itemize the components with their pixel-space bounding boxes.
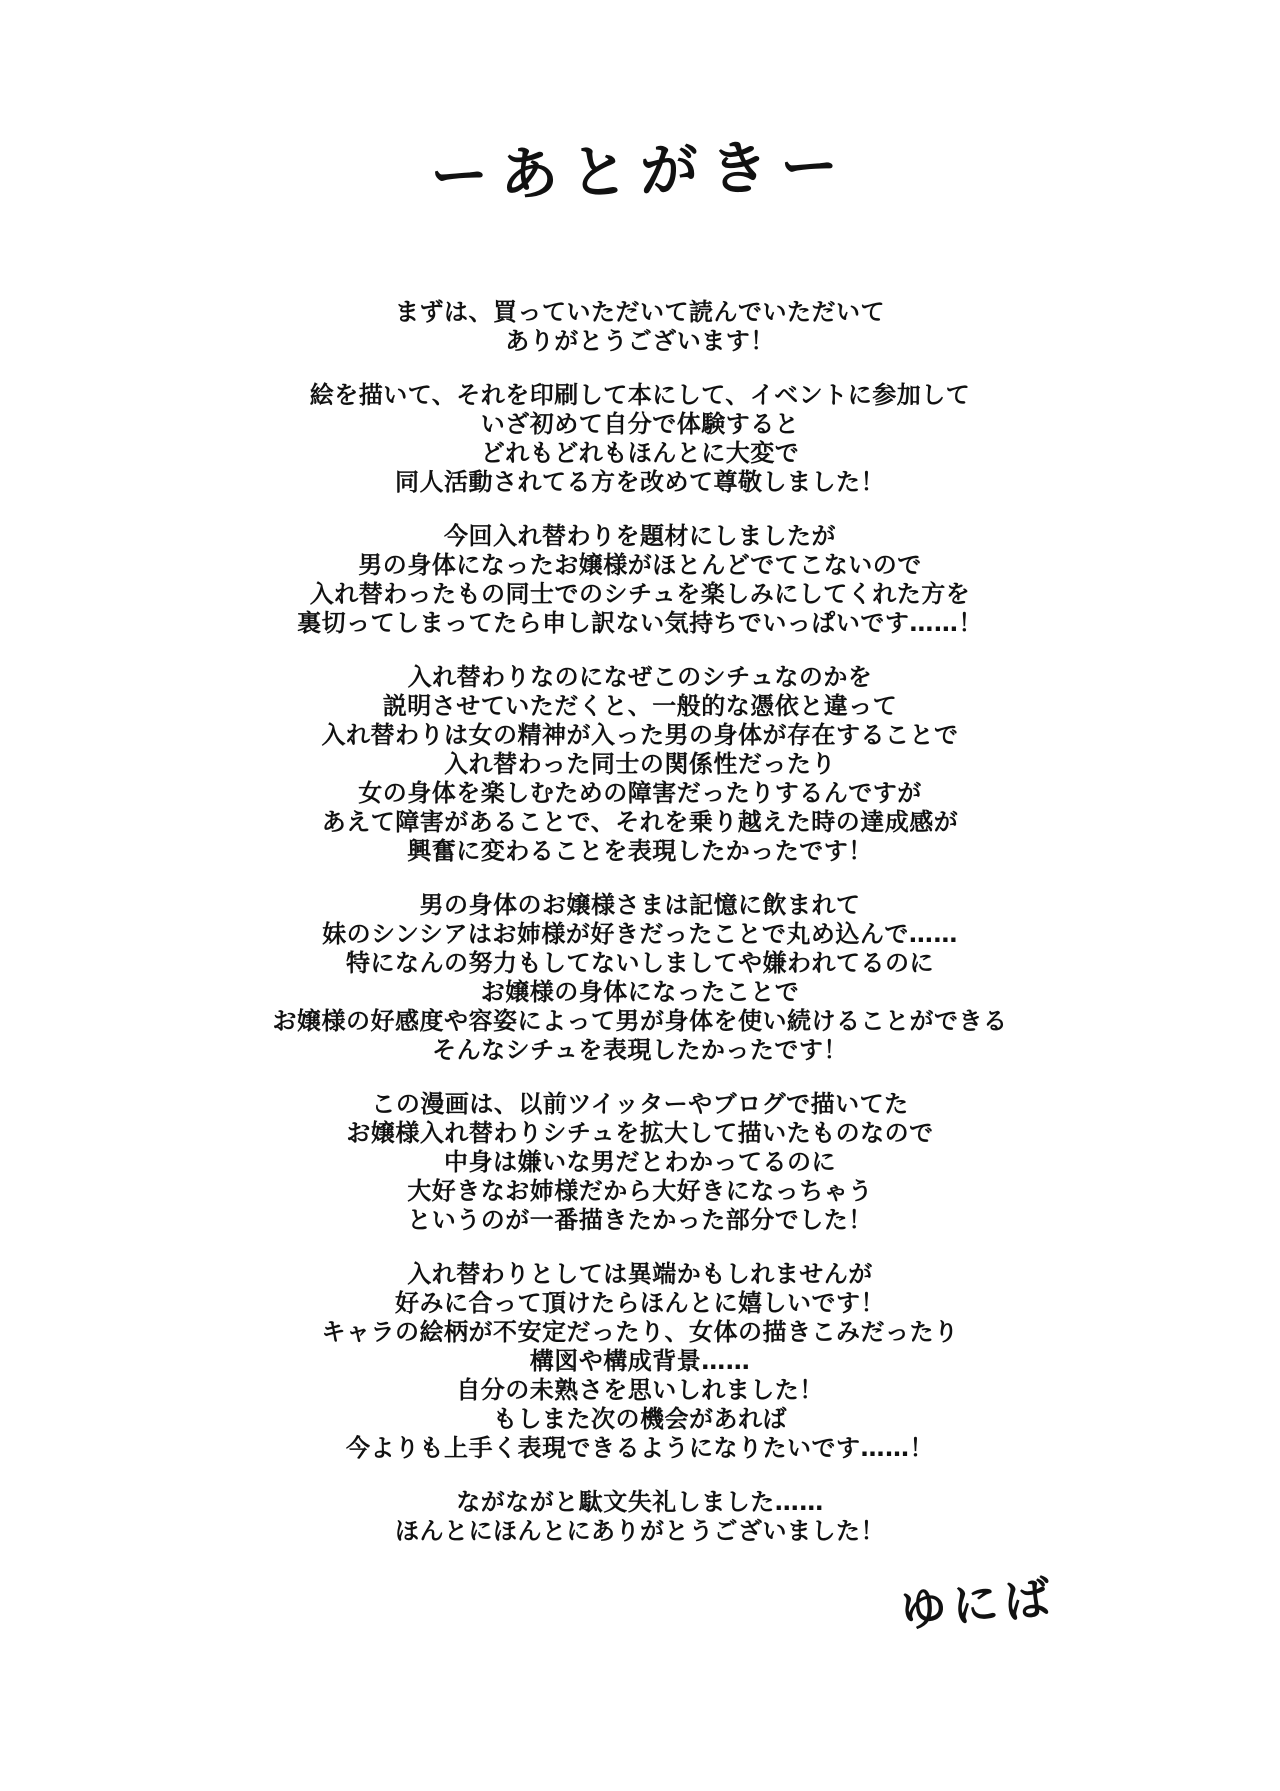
paragraph-self-reflection: 入れ替わりとしては異端かもしれませんが 好みに合って頂けたらほんとに嬉しいです！… [0,1260,1280,1463]
page-title: ーあとがきー [0,107,1280,224]
paragraph-situation-explanation: 入れ替わりなのになぜこのシチュなのかを 説明させていただくと、一般的な憑依と違っ… [0,663,1280,866]
artist-signature: ゆにば [897,1561,1058,1640]
paragraph-manga-origin: この漫画は、以前ツイッターやブログで描いてた お嬢様入れ替わりシチュを拡大して描… [0,1090,1280,1235]
paragraph-character-situation: 男の身体のお嬢様さまは記憶に飲まれて 妹のシンシアはお姉様が好きだったことで丸め… [0,891,1280,1065]
afterword-page: ーあとがきー まずは、買っていただいて読んでいただいて ありがとうございます！ … [0,0,1280,1791]
paragraph-doujin-experience: 絵を描いて、それを印刷して本にして、イベントに参加して いざ初めて自分で体験する… [0,381,1280,497]
afterword-body: まずは、買っていただいて読んでいただいて ありがとうございます！ 絵を描いて、そ… [0,298,1280,1571]
paragraph-closing-thanks: ながながと駄文失礼しました…… ほんとにほんとにありがとうございました！ [0,1488,1280,1546]
paragraph-thanks-for-reading: まずは、買っていただいて読んでいただいて ありがとうございます！ [0,298,1280,356]
paragraph-bodyswap-theme-apology: 今回入れ替わりを題材にしましたが 男の身体になったお嬢様がほとんどでてこないので… [0,522,1280,638]
